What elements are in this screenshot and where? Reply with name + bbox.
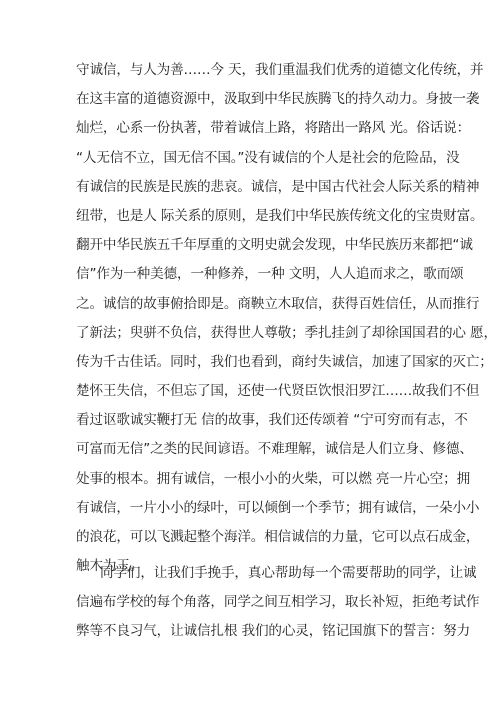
text-line: 弊等不良习气，让诚信扎根 我们的心灵，铭记国旗下的誓言：努力 [76, 617, 426, 646]
document-page: 守诚信，与人为善……今 天，我们重温我们优秀的道德文化传统，并 在这丰富的道德资… [0, 0, 500, 707]
text-line: 灿烂，心系一份执著，带着诚信上路，将踏出一路风 光。俗话说： [76, 114, 426, 143]
text-line: 纽带，也是人 际关系的原则，是我们中华民族传统文化的宝贵财富。 [76, 202, 426, 231]
text-line: 信”作为一种美德，一种修养，一种 文明，人人追而求之，歌而颂 [76, 260, 426, 289]
text-line: 处事的根本。拥有诚信，一根小小的火柴，可以燃 亮一片心空；拥 [76, 465, 426, 494]
text-line: 在这丰富的道德资源中，汲取到中华民族腾飞的持久动力。身披一袭 [76, 85, 426, 114]
text-line: 的浪花，可以飞溅起整个海洋。相信诚信的力量，它可以点石成金， [76, 523, 426, 552]
text-line: 翻开中华民族五千年厚重的文明史就会发现，中华民族历来都把“诚 [76, 231, 426, 260]
text-line: 有诚信，一片小小的绿叶，可以倾倒一个季节；拥有诚信，一朵小小 [76, 494, 426, 523]
text-line: 传为千古佳话。同时，我们也看到，商纣失诚信，加速了国家的灭亡； [76, 348, 426, 377]
paragraph-call-to-action: 同学们，让我们手挽手，真心帮助每一个需要帮助的同学，让诚 信遍布学校的每个角落，… [76, 559, 426, 647]
text-line: 守诚信，与人为善……今 天，我们重温我们优秀的道德文化传统，并 [76, 56, 426, 85]
text-line: 之。诚信的故事俯拾即是。商鞅立木取信，获得百姓信任，从而推行 [76, 290, 426, 319]
text-line: 同学们，让我们手挽手，真心帮助每一个需要帮助的同学，让诚 [76, 559, 426, 588]
text-line: 信遍布学校的每个角落，同学之间互相学习，取长补短，拒绝考试作 [76, 588, 426, 617]
text-line: 有诚信的民族是民族的悲哀。诚信，是中国古代社会人际关系的精神 [76, 173, 426, 202]
text-line: 可富而无信”之类的民间谚语。不难理解，诚信是人们立身、修德、 [76, 435, 426, 464]
text-line: 楚怀王失信，不但忘了国，还使一代贤臣饮恨汨罗江……故我们不但 [76, 377, 426, 406]
paragraph-honesty-tradition: 守诚信，与人为善……今 天，我们重温我们优秀的道德文化传统，并 在这丰富的道德资… [76, 56, 426, 581]
text-line: “人无信不立，国无信不国。”没有诚信的个人是社会的危险品，没 [76, 144, 426, 173]
text-line: 了新法；臾骈不负信，获得世人尊敬；季扎挂剑了却徐国国君的心 愿， [76, 319, 426, 348]
text-line: 看过讴歌诚实鞭打无 信的故事，我们还传颂着 “宁可穷而有志，不 [76, 406, 426, 435]
